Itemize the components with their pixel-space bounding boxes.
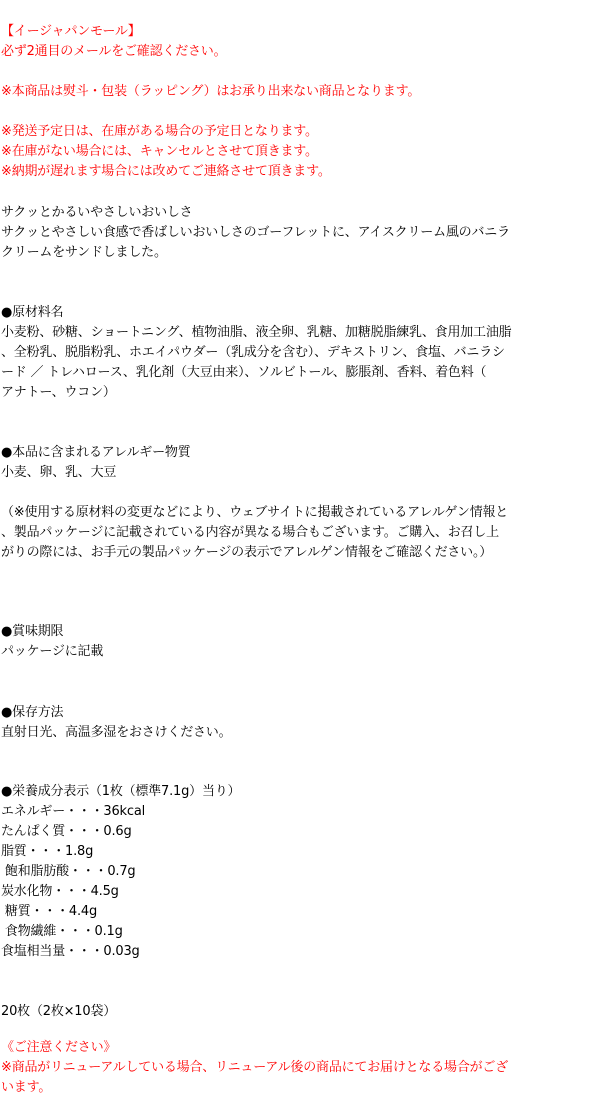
shipping-notice-line: ※発送予定日は、在庫がある場合の予定日となります。 (1, 122, 318, 142)
catch-copy: サクッとかるいやさしいおいしさ (1, 203, 192, 223)
allergens-note-line: がりの際には、お手元の製品パッケージの表示でアレルゲン情報をご確認ください。） (1, 543, 492, 563)
nutrition-heading: ●栄養成分表示（1枚（標準7.1g）当り） (1, 782, 240, 802)
allergens-note-line: 、製品パッケージに記載されている内容が異なる場合もございます。ご購入、お召し上 (1, 523, 499, 543)
shipping-notice-line: ※納期が遅れます場合には改めてご連絡させて頂きます。 (1, 162, 331, 182)
ingredients-line: アナトー、ウコン） (1, 383, 116, 403)
nutrition-row: 糖質・・・4.4g (1, 902, 97, 922)
caution-line: ※商品がリニューアルしている場合、リニューアル後の商品にてお届けとなる場合がござ (1, 1058, 508, 1078)
best-before-heading: ●賞味期限 (1, 622, 63, 642)
ingredients-line: ード ／ トレハロース、乳化剤（大豆由来）、ソルビトール、膨脹剤、香料、着色料（ (1, 363, 486, 383)
best-before-value: パッケージに記載 (1, 642, 103, 662)
description-line: サクッとやさしい食感で香ばしいおいしさのゴーフレットに、アイスクリーム風のバニラ (1, 223, 510, 243)
no-wrapping-notice: ※本商品は熨斗・包装（ラッピング）はお承り出来ない商品となります。 (1, 82, 420, 102)
check-mail-notice: 必ず2通目のメールをご確認ください。 (1, 42, 226, 62)
shipping-notice-line: ※在庫がない場合には、キャンセルとさせて頂きます。 (1, 142, 318, 162)
storage-value: 直射日光、高温多湿をおさけください。 (1, 723, 231, 743)
ingredients-heading: ●原材料名 (1, 303, 63, 323)
allergens-list: 小麦、卵、乳、大豆 (1, 463, 116, 483)
ingredients-line: 小麦粉、砂糖、ショートニング、植物油脂、液全卵、乳糖、加糖脱脂練乳、食用加工油脂 (1, 323, 511, 343)
caution-heading: 《ご注意ください》 (1, 1038, 116, 1058)
nutrition-row: 飽和脂肪酸・・・0.7g (1, 862, 135, 882)
nutrition-row: たんぱく質・・・0.6g (1, 822, 132, 842)
description-line: クリームをサンドしました。 (1, 243, 167, 263)
nutrition-row: 食物繊維・・・0.1g (1, 922, 123, 942)
ingredients-line: 、全粉乳、脱脂粉乳、ホエイパウダー（乳成分を含む）、デキストリン、食塩、バニラシ (1, 343, 505, 363)
nutrition-row: 脂質・・・1.8g (1, 842, 93, 862)
caution-line: います。 (1, 1078, 51, 1098)
allergens-note-line: （※使用する原材料の変更などにより、ウェブサイトに掲載されているアレルゲン情報と (1, 503, 508, 523)
storage-heading: ●保存方法 (1, 703, 63, 723)
allergens-heading: ●本品に含まれるアレルギー物質 (1, 443, 191, 463)
nutrition-row: 炭水化物・・・4.5g (1, 882, 119, 902)
quantity: 20枚（2枚×10袋） (1, 1002, 116, 1022)
nutrition-row: エネルギー・・・36kcal (1, 802, 145, 822)
nutrition-row: 食塩相当量・・・0.03g (1, 942, 140, 962)
shop-name: 【イージャパンモール】 (1, 22, 141, 42)
